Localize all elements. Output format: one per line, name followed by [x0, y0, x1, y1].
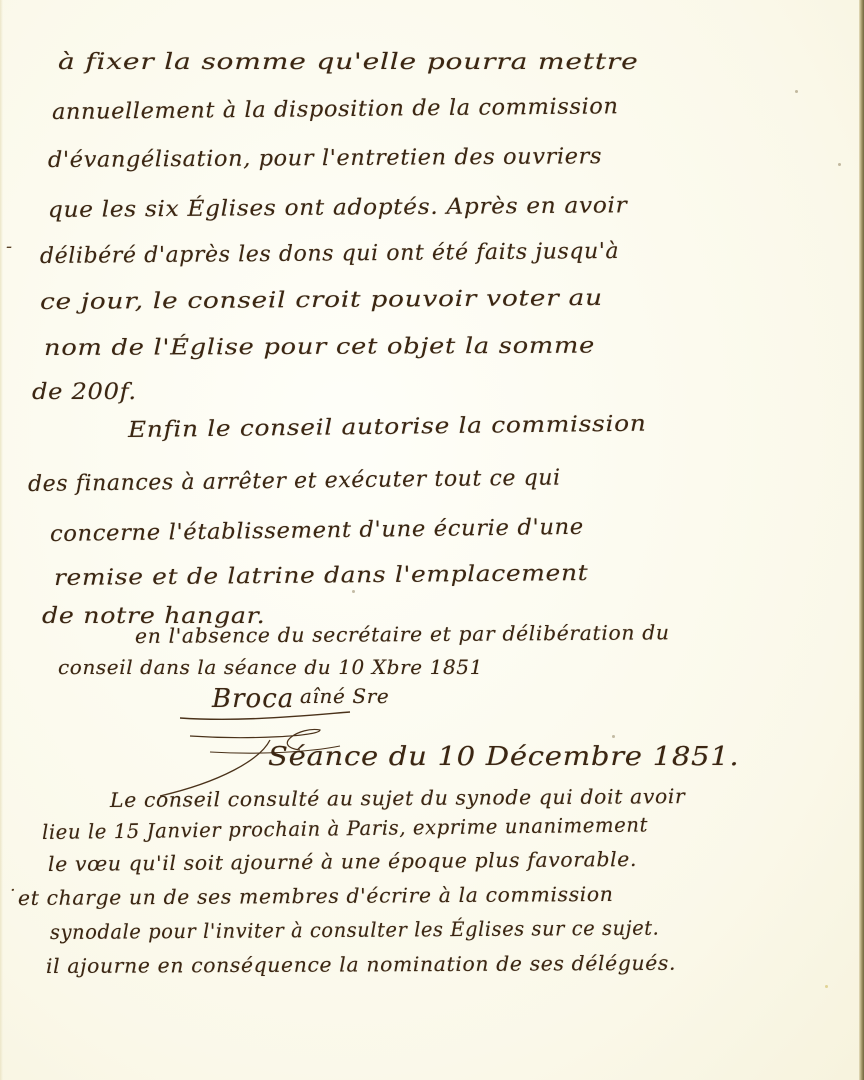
text-line: il ajourne en conséquence la nomination …	[46, 951, 676, 978]
text-line: à fixer la somme qu'elle pourra mettre	[58, 50, 639, 75]
text-line: concerne l'établissement d'une écurie d'…	[50, 515, 584, 547]
session-heading: Séance du 10 Décembre 1851.	[268, 742, 739, 772]
signature-suffix: aîné Sre	[300, 684, 389, 708]
text-line: et charge un de ses membres d'écrire à l…	[18, 882, 614, 910]
paper-speck	[825, 985, 828, 988]
text-line: conseil dans la séance du 10 Xbre 1851	[58, 655, 483, 679]
paper-speck	[612, 735, 615, 738]
text-line: remise et de latrine dans l'emplacement	[54, 561, 589, 591]
text-line: en l'absence du secrétaire et par délibé…	[135, 620, 670, 648]
text-line: synodale pour l'inviter à consulter les …	[50, 916, 660, 944]
text-line: des finances à arrêter et exécuter tout …	[28, 465, 561, 497]
signature-name: Broca	[212, 684, 294, 714]
text-line: délibéré d'après les dons qui ont été fa…	[40, 239, 619, 269]
manuscript-page: à fixer la somme qu'elle pourra mettre a…	[0, 0, 864, 1080]
text-line: le vœu qu'il soit ajourné à une époque p…	[48, 847, 637, 876]
page-left-edge	[0, 0, 3, 1080]
text-line: d'évangélisation, pour l'entretien des o…	[48, 144, 602, 173]
text-line: nom de l'Église pour cet objet la somme	[44, 334, 595, 361]
text-line: que les six Églises ont adoptés. Après e…	[48, 193, 628, 223]
text-line: lieu le 15 Janvier prochain à Paris, exp…	[42, 812, 648, 844]
margin-dash: -	[6, 236, 12, 257]
page-right-edge	[859, 0, 864, 1080]
paper-speck	[838, 163, 841, 166]
paper-speck	[795, 90, 798, 93]
text-line: Le conseil consulté au sujet du synode q…	[110, 784, 686, 812]
paper-speck	[352, 590, 355, 593]
text-line: Enfin le conseil autorise la commission	[128, 412, 647, 443]
text-line: ce jour, le conseil croit pouvoir voter …	[40, 286, 603, 315]
text-line: annuellement à la disposition de la comm…	[52, 94, 619, 125]
margin-dot: ·	[10, 880, 16, 901]
text-line: de 200f.	[32, 380, 137, 405]
